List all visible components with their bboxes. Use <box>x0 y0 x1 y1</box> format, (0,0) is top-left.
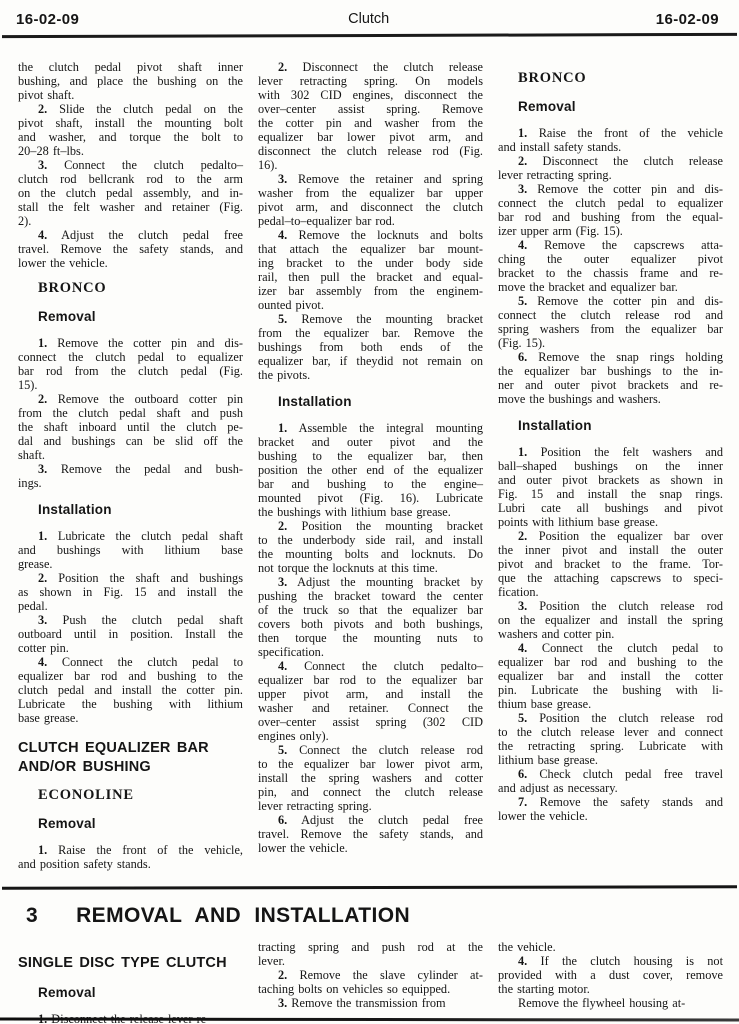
text-line: 3. Remove the cotter pin and dis- <box>498 182 723 196</box>
step-number: 1. <box>38 336 47 350</box>
text-line: Lubri cate all bushings and pivot <box>498 501 723 515</box>
text-line: provided with a dust cover, remove <box>498 968 723 982</box>
text-line: from the clutch pedal shaft and push <box>18 406 243 420</box>
paragraph: the clutch pedal pivot shaft innerbushin… <box>18 60 243 102</box>
text-line: the vehicle. <box>498 940 723 954</box>
step-number: 1. <box>518 445 527 459</box>
text-line: bracket to the chassis frame and re- <box>498 266 723 280</box>
paragraph: 2. Remove the outboard cotter pinfrom th… <box>18 392 243 462</box>
paragraph: 3. Adjust the mounting bracket bypushing… <box>258 575 483 659</box>
text-line: 5. Remove the cotter pin and dis- <box>498 294 723 308</box>
text-line: 3. Remove the retainer and spring <box>258 172 483 186</box>
text-line: clutch pedal and install the cotter pin. <box>18 683 243 697</box>
step-number: 4. <box>518 954 527 968</box>
text-line: 6. Adjust the clutch pedal free <box>258 813 483 827</box>
section-heading: SINGLE DISC TYPE CLUTCH <box>18 954 243 973</box>
text-line: 4. Remove the locknuts and bolts <box>258 228 483 242</box>
text-line: 20–28 ft–lbs. <box>18 144 243 158</box>
text-line: upper pivot arm, and install the <box>258 687 483 701</box>
text-line: lower the vehicle. <box>258 841 483 855</box>
text-line: bushing, and place the bushing on the <box>18 74 243 88</box>
paragraph: 3. Connect the clutch pedalto–clutch rod… <box>18 158 243 228</box>
text-line: bushing to the equalizer bar, then <box>258 449 483 463</box>
text-line: stall the felt washer and retainer (Fig. <box>18 200 243 214</box>
text-line: tracting spring and push rod at the <box>258 940 483 954</box>
text-line: ner and outer pivot brackets and re- <box>498 378 723 392</box>
step-number: 4. <box>518 238 527 252</box>
step-number: 6. <box>518 350 527 364</box>
step-number: 5. <box>278 743 287 757</box>
heading-serif: ECONOLINE <box>38 788 243 803</box>
heading-sans: Removal <box>38 985 243 1001</box>
text-line: 2. Remove the slave cylinder at- <box>258 968 483 982</box>
step-number: 2. <box>278 60 287 74</box>
text-line: and install safety stands. <box>498 140 723 154</box>
text-line: position the other end of the equalizer <box>258 463 483 477</box>
text-line: ings. <box>18 476 243 490</box>
text-line: cotter pin. <box>18 641 243 655</box>
text-line: move the bushings and washers. <box>498 392 723 406</box>
text-line: 1. Lubricate the clutch pedal shaft <box>18 529 243 543</box>
text-line: 4. Connect the clutch pedalto– <box>258 659 483 673</box>
text-line: and bushings with lithium base <box>18 543 243 557</box>
paragraph: 2. Position the mounting bracketto the u… <box>258 519 483 575</box>
text-line: dal and bushings can be slid off the <box>18 434 243 448</box>
text-line: the starting motor. <box>498 982 723 996</box>
text-line: 1. Assemble the integral mounting <box>258 421 483 435</box>
text-line: thium base grease. <box>498 697 723 711</box>
step-number: 7. <box>518 795 527 809</box>
heading-sans: Removal <box>518 99 723 115</box>
text-line: install the spring washers and cotter <box>258 771 483 785</box>
text-line: equalizer bar, if theydid not remain on <box>258 354 483 368</box>
step-number: 3. <box>38 462 47 476</box>
text-line: 2. Remove the outboard cotter pin <box>18 392 243 406</box>
step-number: 1. <box>518 126 527 140</box>
text-line: izer upper arm (Fig. 15). <box>498 224 723 238</box>
step-number: 4. <box>278 228 287 242</box>
text-line: lever retracting spring. <box>258 799 483 813</box>
step-number: 3. <box>38 158 47 172</box>
text-line: to the clutch release lever and connect <box>498 725 723 739</box>
text-line: pin, and connect the clutch release <box>258 785 483 799</box>
step-number: 3. <box>518 599 527 613</box>
text-line: (Fig. 15). <box>498 336 723 350</box>
heading-serif: BRONCO <box>38 281 243 296</box>
text-line: 6. Check clutch pedal free travel <box>498 767 723 781</box>
text-line: clutch rod bellcrank rod to the arm <box>18 172 243 186</box>
paragraph: 1. Position the felt washers andball–sha… <box>498 445 723 529</box>
text-line: bar rod and bushing from the equal- <box>498 210 723 224</box>
text-line: the retracting spring. Lubricate with <box>498 739 723 753</box>
text-line: pedal–to–equalizer bar rod. <box>258 214 483 228</box>
text-line: of the truck so that the equalizer bar <box>258 603 483 617</box>
paragraph: 2. Disconnect the clutch releaselever re… <box>258 60 483 172</box>
paragraph: 3. Position the clutch release rodon the… <box>498 599 723 641</box>
text-line: 3. Remove the pedal and bush- <box>18 462 243 476</box>
text-line: points with lithium base grease. <box>498 515 723 529</box>
paragraph: 5. Connect the clutch release rodto the … <box>258 743 483 813</box>
step-number: 6. <box>278 813 287 827</box>
text-line: 3. Push the clutch pedal shaft <box>18 613 243 627</box>
step-number: 2. <box>38 102 47 116</box>
text-line: then torque the mounting nuts to <box>258 631 483 645</box>
paragraph: 2. Position the equalizer bar overthe in… <box>498 529 723 599</box>
heading-sans: Installation <box>518 418 723 434</box>
paragraph: the vehicle. <box>498 940 723 954</box>
text-line: from the equalizer bar. Remove the <box>258 326 483 340</box>
text-line: not torque the locknuts at this time. <box>258 561 483 575</box>
step-number: 3. <box>278 996 287 1010</box>
text-line: equalizer bar rod and bushing to the <box>18 669 243 683</box>
paragraph: 3. Remove the retainer and springwasher … <box>258 172 483 228</box>
text-line: 1. Position the felt washers and <box>498 445 723 459</box>
step-number: 2. <box>38 392 47 406</box>
step-number: 3. <box>278 575 287 589</box>
text-line: pivot shaft, install the mounting bolt <box>18 116 243 130</box>
text-column: tracting spring and push rod at thelever… <box>258 940 483 1024</box>
paragraph: 4. Adjust the clutch pedal freetravel. R… <box>18 228 243 270</box>
paragraph: 1. Assemble the integral mountingbracket… <box>258 421 483 519</box>
text-line: outboard until in position. Install the <box>18 627 243 641</box>
top-text-section: the clutch pedal pivot shaft innerbushin… <box>0 37 739 886</box>
text-line: 16). <box>258 158 483 172</box>
text-line: bracket and outer pivot and the <box>258 435 483 449</box>
text-line: 15). <box>18 378 243 392</box>
text-line: over–center assist spring (302 CID <box>258 715 483 729</box>
page-title: Clutch <box>348 11 389 27</box>
text-line: the clutch pedal pivot shaft inner <box>18 60 243 74</box>
heading-serif: BRONCO <box>518 71 723 86</box>
text-line: Remove the flywheel housing at- <box>498 996 723 1010</box>
text-line: 4. Adjust the clutch pedal free <box>18 228 243 242</box>
text-line: lever. <box>258 954 483 968</box>
heading-sans: Removal <box>38 309 243 325</box>
text-line: lever retracting spring. <box>498 168 723 182</box>
text-line: 3. Adjust the mounting bracket by <box>258 575 483 589</box>
step-number: 3. <box>278 172 287 186</box>
text-line: 1. Raise the front of the vehicle, <box>18 843 243 857</box>
paragraph: 4. Connect the clutch pedal toequalizer … <box>498 641 723 711</box>
step-number: 2. <box>278 968 287 982</box>
text-line: the bushings with lithium base grease. <box>258 505 483 519</box>
text-line: izer bar assembly from the enginem- <box>258 284 483 298</box>
paragraph: 5. Position the clutch release rodto the… <box>498 711 723 767</box>
paragraph: 2. Slide the clutch pedal on thepivot sh… <box>18 102 243 158</box>
step-number: 5. <box>518 711 527 725</box>
text-line: rail, then pull the bracket and equal- <box>258 270 483 284</box>
text-line: and washer, and torque the bolt to <box>18 130 243 144</box>
text-line: connect the clutch release rod and <box>498 308 723 322</box>
text-line: the pivots. <box>258 368 483 382</box>
text-line: lower the vehicle. <box>498 809 723 823</box>
step-number: 4. <box>278 659 287 673</box>
text-line: equalizer bar rod to the equalizer bar <box>258 673 483 687</box>
paragraph: 2. Remove the slave cylinder at-taching … <box>258 968 483 996</box>
text-line: 2. Position the mounting bracket <box>258 519 483 533</box>
paragraph: 6. Check clutch pedal free traveland adj… <box>498 767 723 795</box>
paragraph: 4. Connect the clutch pedalto–equalizer … <box>258 659 483 743</box>
text-line: bar and bushing to the engine– <box>258 477 483 491</box>
paragraph: 1. Remove the cotter pin and dis-connect… <box>18 336 243 392</box>
paragraph: 2. Disconnect the clutch releaselever re… <box>498 154 723 182</box>
text-line: 2. Position the shaft and bushings <box>18 571 243 585</box>
text-line: taching bolts on vehicles so equipped. <box>258 982 483 996</box>
text-line: 6. Remove the snap rings holding <box>498 350 723 364</box>
text-line: pedal. <box>18 599 243 613</box>
text-column: 2. Disconnect the clutch releaselever re… <box>258 60 483 886</box>
text-line: ounted pivot. <box>258 298 483 312</box>
text-line: equalizer bar lower pivot arm, and <box>258 130 483 144</box>
paragraph: 1. Raise the front of the vehicleand ins… <box>498 126 723 154</box>
page-number-left: 16-02-09 <box>16 11 79 28</box>
text-line: with 302 CID engines, disconnect the <box>258 88 483 102</box>
text-line: as shown in Fig. 15 and install the <box>18 585 243 599</box>
text-line: lithium base grease. <box>498 753 723 767</box>
step-number: 4. <box>38 655 47 669</box>
text-line: 4. Remove the capscrews atta- <box>498 238 723 252</box>
paragraph: 4. Remove the capscrews atta-ching the o… <box>498 238 723 294</box>
text-line: on the equalizer and install the spring <box>498 613 723 627</box>
text-line: 3. Remove the transmission from <box>258 996 483 1010</box>
paragraph: 3. Push the clutch pedal shaftoutboard u… <box>18 613 243 655</box>
text-line: 1. Raise the front of the vehicle <box>498 126 723 140</box>
paragraph: 1. Raise the front of the vehicle,and po… <box>18 843 243 871</box>
section-title: REMOVAL AND INSTALLATION <box>76 904 410 928</box>
text-line: grease. <box>18 557 243 571</box>
text-line: 1. Remove the cotter pin and dis- <box>18 336 243 350</box>
text-line: and adjust as necessary. <box>498 781 723 795</box>
text-line: to the equalizer bar lower pivot arm, <box>258 757 483 771</box>
text-line: bar rod from the clutch pedal (Fig. <box>18 364 243 378</box>
text-line: 4. If the clutch housing is not <box>498 954 723 968</box>
section-number: 3 <box>26 904 38 928</box>
text-line: ing bracket to the under body side <box>258 256 483 270</box>
text-line: spring washers from the equalizer bar <box>498 322 723 336</box>
step-number: 2. <box>278 519 287 533</box>
text-line: the inner pivot and install the outer <box>498 543 723 557</box>
text-line: 7. Remove the safety stands and <box>498 795 723 809</box>
text-line: pivot arm, and disconnect the clutch <box>258 200 483 214</box>
paragraph: 4. Remove the locknuts and boltsthat att… <box>258 228 483 312</box>
step-number: 1. <box>38 529 47 543</box>
heading-sans: Removal <box>38 816 243 832</box>
text-line: 5. Remove the mounting bracket <box>258 312 483 326</box>
text-line: connect the clutch pedal to equalizer <box>18 350 243 364</box>
step-number: 2. <box>518 154 527 168</box>
text-line: 2. Disconnect the clutch release <box>258 60 483 74</box>
paragraph: tracting spring and push rod at thelever… <box>258 940 483 968</box>
text-line: and outer pivot brackets as shown in <box>498 473 723 487</box>
paragraph: 6. Remove the snap rings holdingthe equa… <box>498 350 723 406</box>
text-line: disconnect the clutch release rod (Fig. <box>258 144 483 158</box>
text-line: lever retracting spring. On models <box>258 74 483 88</box>
section-heading: CLUTCH EQUALIZER BARAND/OR BUSHING <box>18 739 243 777</box>
text-line: equalizer bar and install the cotter <box>498 669 723 683</box>
text-line: pin. Lubricate the bushing with li- <box>498 683 723 697</box>
paragraph: 3. Remove the transmission from <box>258 996 483 1010</box>
text-line: 2). <box>18 214 243 228</box>
text-line: travel. Remove the safety stands, and <box>258 827 483 841</box>
text-line: that attach the equalizer bar mount- <box>258 242 483 256</box>
page-header: 16-02-09 Clutch 16-02-09 <box>0 0 739 30</box>
paragraph: 4. If the clutch housing is notprovided … <box>498 954 723 996</box>
step-number: 5. <box>518 294 527 308</box>
text-line: on the clutch pedal assembly, and in- <box>18 186 243 200</box>
step-number: 1. <box>38 843 47 857</box>
step-number: 4. <box>38 228 47 242</box>
paragraph: 7. Remove the safety stands andlower the… <box>498 795 723 823</box>
text-line: the cotter pin and washer from the <box>258 116 483 130</box>
text-line: washer from the equalizer bar upper <box>258 186 483 200</box>
bottom-text-section: SINGLE DISC TYPE CLUTCHRemoval1. Disconn… <box>0 934 739 1024</box>
paragraph: 1. Lubricate the clutch pedal shaftand b… <box>18 529 243 571</box>
text-line: base grease. <box>18 711 243 725</box>
text-line: 3. Connect the clutch pedalto– <box>18 158 243 172</box>
text-line: 3. Position the clutch release rod <box>498 599 723 613</box>
text-line: 5. Connect the clutch release rod <box>258 743 483 757</box>
text-line: the equalizer bar bushings to the in- <box>498 364 723 378</box>
text-line: ching the outer equalizer pivot <box>498 252 723 266</box>
text-column: the clutch pedal pivot shaft innerbushin… <box>18 60 243 886</box>
text-line: connect the clutch pedal to equalizer <box>498 196 723 210</box>
text-line: equalizer bar rod and bushing to the <box>498 655 723 669</box>
text-line: and position safety stands. <box>18 857 243 871</box>
heading-sans: Installation <box>38 502 243 518</box>
paragraph: 3. Remove the pedal and bush-ings. <box>18 462 243 490</box>
paragraph: 6. Adjust the clutch pedal freetravel. R… <box>258 813 483 855</box>
text-line: 2. Position the equalizer bar over <box>498 529 723 543</box>
text-line: 4. Connect the clutch pedal to <box>498 641 723 655</box>
text-line: shaft. <box>18 448 243 462</box>
text-line: lower the vehicle. <box>18 256 243 270</box>
step-number: 2. <box>38 571 47 585</box>
step-number: 5. <box>278 312 287 326</box>
text-line: engines only). <box>258 729 483 743</box>
section-title-row: 3 REMOVAL AND INSTALLATION <box>0 889 739 934</box>
text-line: pushing the bracket toward the center <box>258 589 483 603</box>
text-line: Fig. 15 and install the snap rings. <box>498 487 723 501</box>
text-line: washers and cotter pin. <box>498 627 723 641</box>
text-line: travel. Remove the safety stands, and <box>18 242 243 256</box>
text-line: move the bracket and equalizer bar. <box>498 280 723 294</box>
step-number: 2. <box>518 529 527 543</box>
paragraph: 2. Position the shaft and bushingsas sho… <box>18 571 243 613</box>
text-line: 4. Connect the clutch pedal to <box>18 655 243 669</box>
paragraph: 4. Connect the clutch pedal toequalizer … <box>18 655 243 725</box>
text-line: covers both pivots and both bushings, <box>258 617 483 631</box>
step-number: 3. <box>518 182 527 196</box>
paragraph: 5. Remove the cotter pin and dis-connect… <box>498 294 723 350</box>
text-line: fication. <box>498 585 723 599</box>
paragraph: 5. Remove the mounting bracketfrom the e… <box>258 312 483 382</box>
text-line: pivot and bracket to the frame. Tor- <box>498 557 723 571</box>
text-line: que the attaching capscrews to speci- <box>498 571 723 585</box>
text-line: specification. <box>258 645 483 659</box>
text-line: 5. Position the clutch release rod <box>498 711 723 725</box>
text-line: the shaft inboard until the clutch pe- <box>18 420 243 434</box>
text-column: BRONCORemoval1. Raise the front of the v… <box>498 60 723 886</box>
text-line: washer and retainer. Connect the <box>258 701 483 715</box>
text-line: Lubricate the bushing with lithium <box>18 697 243 711</box>
step-number: 6. <box>518 767 527 781</box>
text-line: mounted pivot (Fig. 16). Lubricate <box>258 491 483 505</box>
manual-page: 16-02-09 Clutch 16-02-09 the clutch peda… <box>0 0 739 1024</box>
step-number: 1. <box>278 421 287 435</box>
text-line: over–center assist spring. Remove <box>258 102 483 116</box>
step-number: 4. <box>518 641 527 655</box>
text-column: SINGLE DISC TYPE CLUTCHRemoval1. Disconn… <box>18 940 243 1024</box>
text-line: 2. Slide the clutch pedal on the <box>18 102 243 116</box>
text-line: 2. Disconnect the clutch release <box>498 154 723 168</box>
paragraph: 3. Remove the cotter pin and dis-connect… <box>498 182 723 238</box>
heading-sans: Installation <box>278 394 483 410</box>
text-line: ball–shaped bushings on the inner <box>498 459 723 473</box>
text-line: the mounting bolts and locknuts. Do <box>258 547 483 561</box>
step-number: 3. <box>38 613 47 627</box>
text-column: the vehicle.4. If the clutch housing is … <box>498 940 723 1024</box>
text-line: to the underbody side rail, and install <box>258 533 483 547</box>
text-line: pivot shaft. <box>18 88 243 102</box>
text-line: bushings from both ends of the <box>258 340 483 354</box>
page-number-right: 16-02-09 <box>656 11 719 28</box>
paragraph: Remove the flywheel housing at- <box>498 996 723 1010</box>
